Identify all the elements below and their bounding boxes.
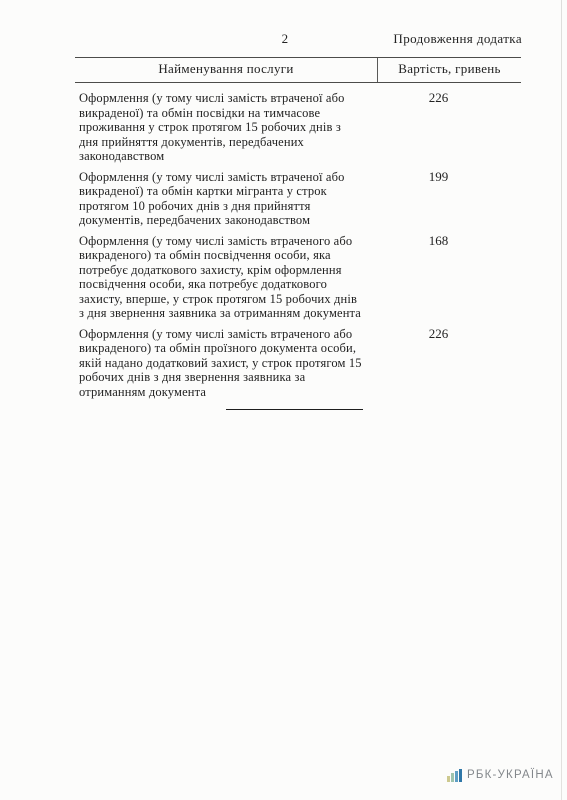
bar-chart-icon bbox=[447, 768, 462, 782]
service-price-cell: 226 bbox=[378, 91, 521, 164]
document-page: 2 Продовження додатка Найменування послу… bbox=[0, 0, 567, 800]
continuation-label: Продовження додатка bbox=[393, 31, 522, 47]
column-header-price: Вартість, гривень bbox=[378, 58, 521, 82]
service-price-cell: 199 bbox=[378, 170, 521, 228]
service-name-cell: Оформлення (у тому числі замість втрачен… bbox=[75, 234, 378, 321]
service-price-cell: 168 bbox=[378, 234, 521, 321]
scan-edge-line bbox=[561, 0, 562, 800]
table-row: Оформлення (у тому числі замість втрачен… bbox=[75, 170, 521, 228]
service-price-cell: 226 bbox=[378, 327, 521, 400]
service-name-cell: Оформлення (у тому числі замість втрачен… bbox=[75, 327, 378, 400]
table-header-row: Найменування послуги Вартість, гривень bbox=[75, 57, 521, 83]
column-header-service: Найменування послуги bbox=[75, 58, 378, 82]
services-fee-table: Найменування послуги Вартість, гривень О… bbox=[75, 57, 521, 399]
end-of-table-rule bbox=[226, 409, 363, 410]
table-body: Оформлення (у тому числі замість втрачен… bbox=[75, 83, 521, 399]
table-row: Оформлення (у тому числі замість втрачен… bbox=[75, 234, 521, 321]
service-name-cell: Оформлення (у тому числі замість втрачен… bbox=[75, 91, 378, 164]
service-name-cell: Оформлення (у тому числі замість втрачен… bbox=[75, 170, 378, 228]
table-row: Оформлення (у тому числі замість втрачен… bbox=[75, 91, 521, 164]
watermark-label: РБК-УКРАЇНА bbox=[467, 769, 554, 781]
page-number: 2 bbox=[255, 31, 315, 47]
rbc-ukraine-watermark: РБК-УКРАЇНА bbox=[447, 768, 554, 782]
table-row: Оформлення (у тому числі замість втрачен… bbox=[75, 327, 521, 400]
